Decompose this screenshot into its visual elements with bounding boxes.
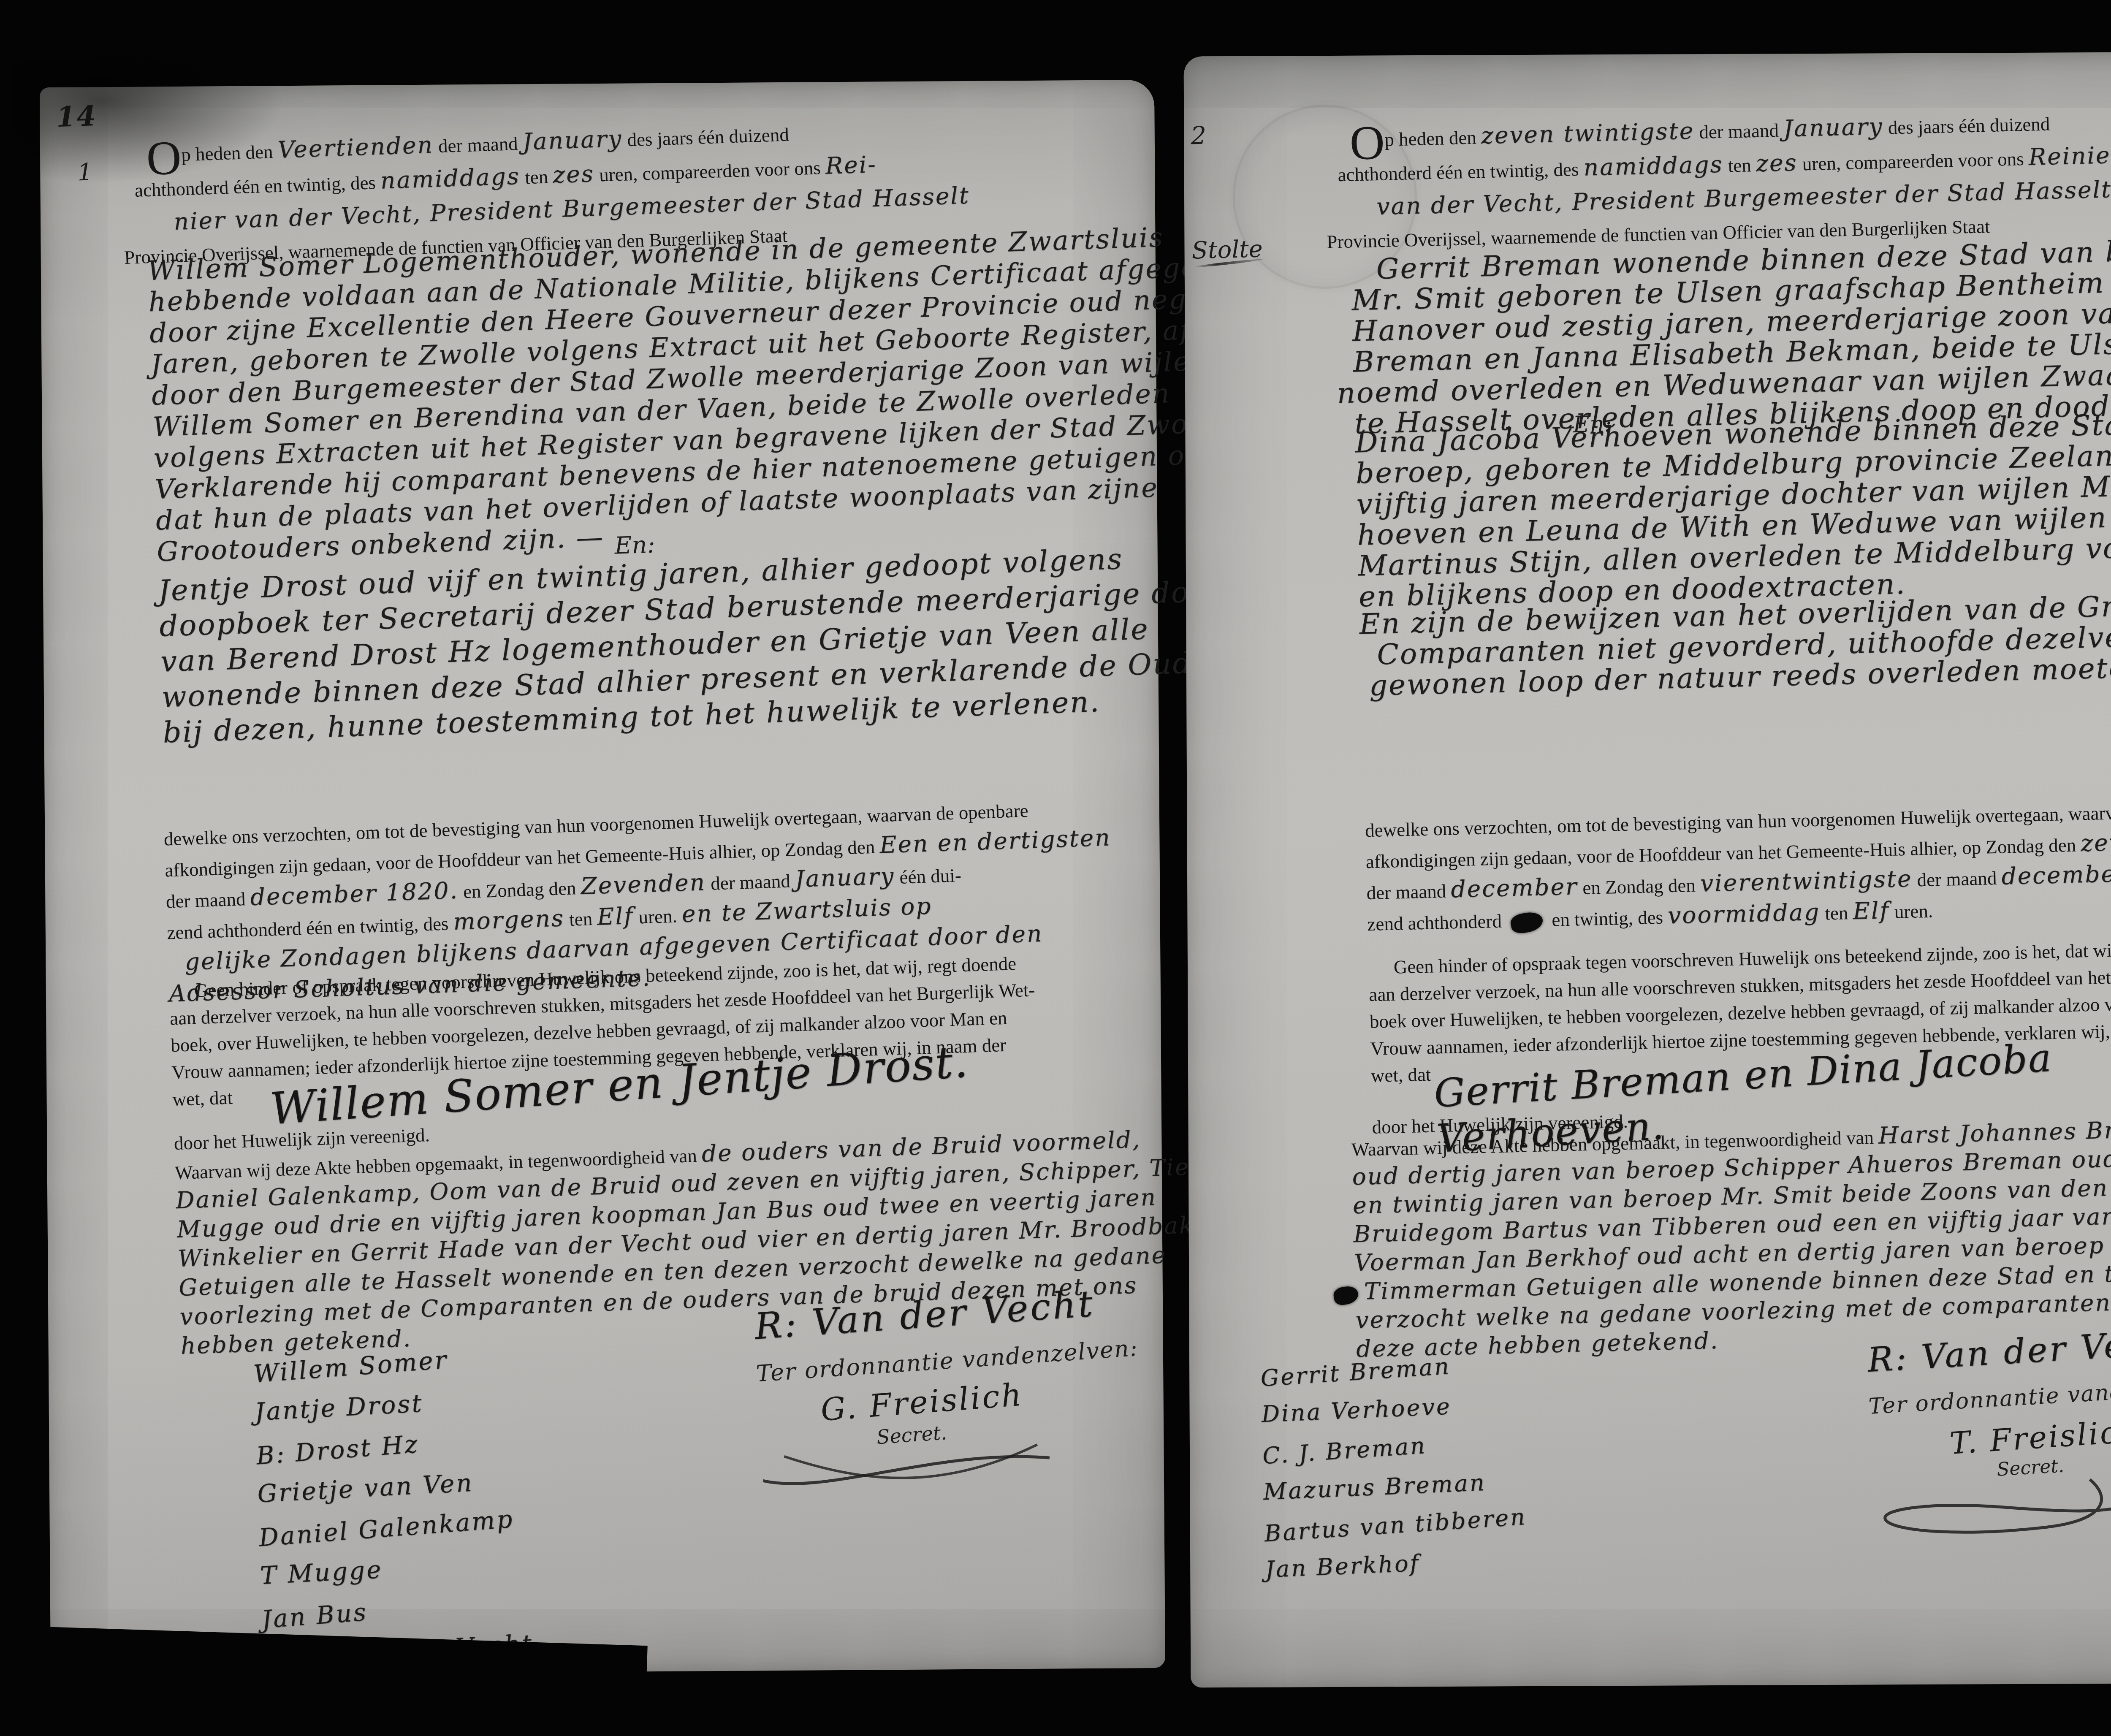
printed-text: der maand (1912, 868, 2002, 891)
handwritten-text: zes (1756, 149, 1798, 177)
handwritten-text: C. J. Breman (1262, 1432, 1427, 1469)
printed-text: der maand (705, 870, 795, 894)
printed-text: ten (520, 166, 553, 188)
printed-text: ten (1820, 902, 1853, 924)
register-scan: 14 1 Op heden den Veertienden der maand … (0, 0, 2111, 1736)
printed-text: wet, dat (1370, 1064, 1431, 1086)
handwritten-text: Reinier (2028, 141, 2111, 170)
handwritten-text: december (1451, 873, 1578, 903)
handwritten-text: zeven twintigste (1481, 117, 1694, 149)
handwritten-text: zeventienden (2080, 826, 2111, 857)
page-right-content: 142 2 Stolte Op heden den zeven twintigs… (1182, 33, 2111, 1689)
printed-text: en twintig, des (1547, 906, 1668, 930)
printed-text: en Zondag den (1578, 875, 1701, 899)
printed-text: uren. (633, 905, 682, 928)
handwritten-text: Jan Berkhof (1264, 1550, 1421, 1583)
handwritten-text: Jantje Drost (254, 1389, 423, 1427)
signatures-left: Willem SomerJantje DrostB: Drost HzGriet… (252, 1339, 534, 1676)
printed-text: uren. (1889, 901, 1933, 922)
handwritten-text: Elf (597, 902, 634, 930)
handwritten-text: morgens (453, 904, 564, 935)
handwritten-text: Dina Verhoeve (1261, 1393, 1452, 1427)
handwritten-text: Gerrit Breman (1260, 1353, 1452, 1392)
official-signature-right: R: Van der Vecht Ter ordonnantie vandenz… (1867, 1326, 2111, 1543)
handwritten-text: Veertienden (277, 131, 434, 163)
margin-note: Stolte (1191, 236, 1263, 266)
folio-number-left: 14 (56, 99, 97, 133)
handwritten-text: december (2001, 860, 2111, 890)
bride-paragraph-left: Jentje Drost oud vijf en twintig jaren, … (157, 537, 1277, 751)
printed-text: der maand (1366, 880, 1451, 903)
page-right: 142 2 Stolte Op heden den zeven twintigs… (1184, 52, 2111, 1688)
secretary-signature: T. Freislich (1948, 1408, 2111, 1461)
printed-text: en Zondag den (458, 877, 581, 903)
handwritten-text: zes (552, 160, 595, 188)
record-number-right: 2 (1190, 121, 1206, 150)
handwritten-text: vierentwintigste (1700, 865, 1913, 897)
printed-text: ten (564, 908, 597, 930)
ink-blot (1509, 910, 1544, 935)
groom-paragraph-left: Willem Somer Logementhouder, wonende in … (147, 223, 1153, 569)
printed-text: der maand (433, 133, 523, 157)
page-left: 14 1 Op heden den Veertienden der maand … (40, 80, 1165, 1676)
printed-text: wet, dat (172, 1087, 233, 1110)
printed-text: ten (1723, 155, 1756, 176)
handwritten-text: Een en dertigsten (879, 824, 1111, 858)
en-connector-left: En: (614, 531, 656, 560)
publication-clause-right: dewelke ons verzochten, om tot de bevest… (1365, 795, 2111, 939)
signature-flourish-icon (759, 1438, 1056, 1503)
handwritten-text: Zevenden (580, 868, 706, 900)
printed-text: zend achthonderd (1367, 910, 1507, 935)
printed-text: p heden den (181, 141, 278, 165)
handwritten-text: december 1820. (250, 877, 459, 911)
handwritten-text: G. B. van der Vecht (262, 1629, 534, 1672)
handwritten-text: Jan Bus (260, 1598, 369, 1634)
handwritten-text: Grietje van Ven (257, 1468, 474, 1508)
handwritten-text: Mazurus Breman (1263, 1469, 1487, 1505)
ink-blot (1332, 1285, 1359, 1306)
printed-text: uren, compareerden voor ons (1797, 148, 2029, 175)
official-signature-left: R: Van der Vecht Ter ordonnantie vandenz… (754, 1286, 1143, 1503)
printed-text: der maand (166, 888, 250, 912)
printed-text: achthonderd één en twintig, des (1338, 159, 1584, 186)
handwritten-text: B: Drost Hz (255, 1429, 420, 1470)
handwritten-text: January (522, 125, 623, 155)
witness-clause-right: Waarvan wij deze Akte hebben opgemaakt, … (1351, 1114, 2111, 1364)
act-header-right: Op heden den zeven twintigste der maand … (1349, 102, 2111, 258)
printed-text: des jaars één duizend (622, 124, 789, 151)
handwritten-text: namiddags (1583, 151, 1723, 181)
printed-text: der maand (1694, 119, 1783, 143)
handwritten-text: T Mugge (259, 1555, 383, 1590)
union-line-left: door het Huwelijk zijn vereenigd. (174, 1124, 430, 1154)
handwritten-text: namiddags (380, 163, 521, 194)
handwritten-text: Elf (1853, 897, 1890, 925)
printed-text: p heden den (1384, 127, 1481, 150)
handwritten-text: voormiddag (1667, 898, 1821, 929)
handwritten-text: Willem Somer (252, 1345, 449, 1388)
record-number-left: 1 (77, 158, 93, 186)
signature-flourish-icon (1870, 1473, 2111, 1543)
page-left-content: 14 1 Op heden den Veertienden der maand … (38, 53, 1204, 1677)
bride-paragraph-right: Dina Jacoba Verhoeven wonende binnen dez… (1355, 406, 2111, 613)
printed-text: één dui- (894, 865, 961, 888)
signatures-right: Gerrit BremanDina VerhoeveC. J. BremanMa… (1260, 1348, 1528, 1587)
printed-text: uren, compareerden voor ons (594, 157, 826, 186)
groom-paragraph-right: Gerrit Breman wonende binnen deze Stad v… (1351, 234, 2111, 440)
handwritten-text: January (795, 862, 895, 892)
printed-text: zend achthonderd één en twintig, des (167, 913, 454, 943)
handwritten-text: January (1783, 113, 1883, 142)
printed-text: achthonderd één en twintig, des (134, 172, 381, 201)
ordinance-line: Ter ordonnantie vandenzelve. (1868, 1373, 2111, 1419)
printed-text: des jaars één duizend (1883, 114, 2050, 138)
handwritten-text: Rei- (825, 151, 877, 179)
